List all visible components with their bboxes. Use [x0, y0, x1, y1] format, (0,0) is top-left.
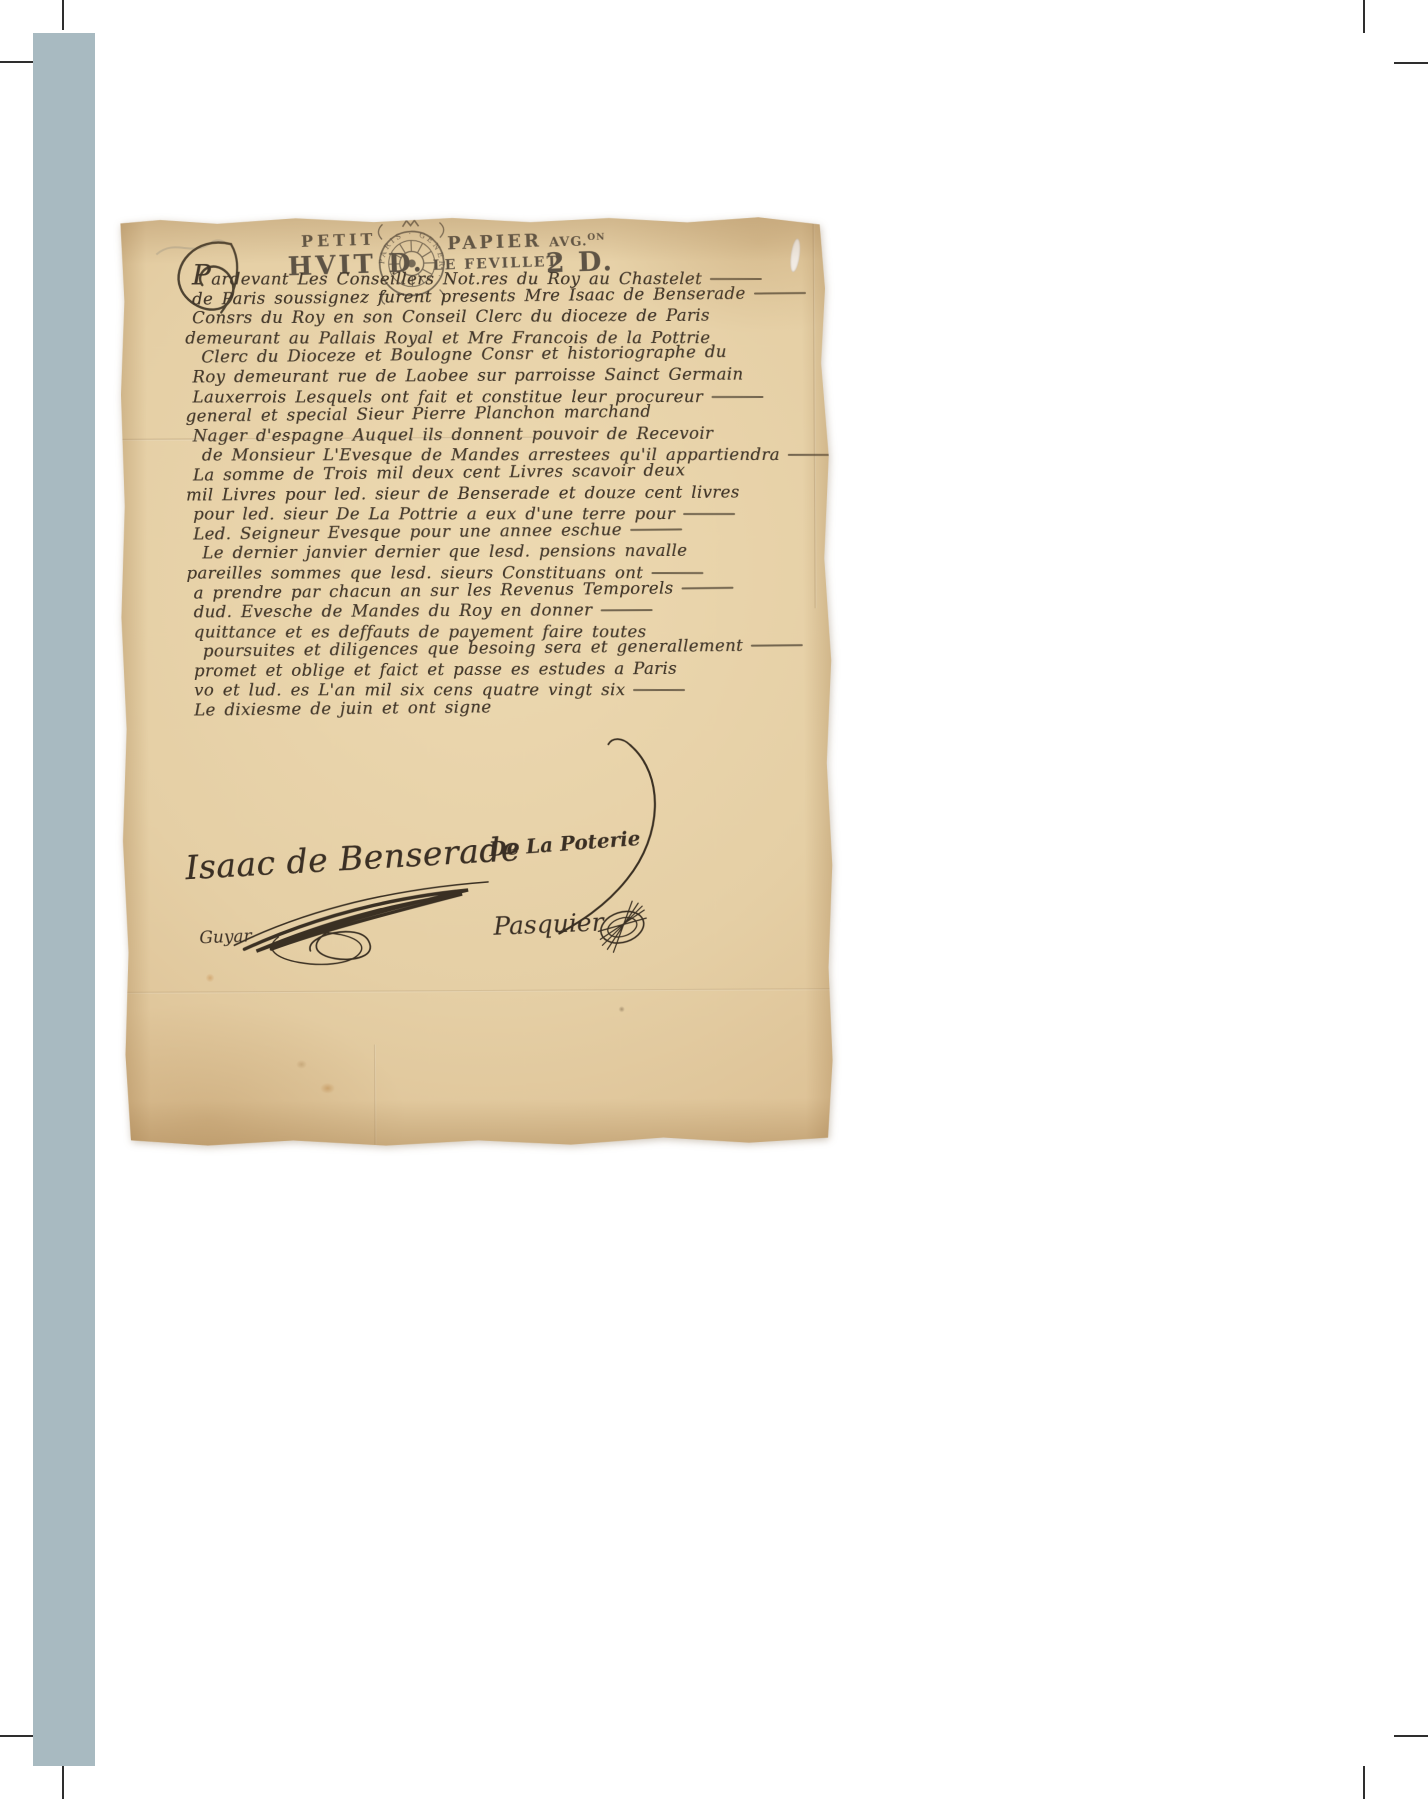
crop-mark-bottom-right-vertical: [1363, 1766, 1365, 1799]
signature-notary: Guyar: [199, 926, 252, 948]
paper-crease: [374, 1045, 377, 1145]
catalog-page: PETIT HVIT D.: [0, 0, 1428, 1799]
manuscript-line: dud. Evesche de Mandes du Roy en donner: [194, 599, 794, 622]
stamp-word-avg-sup: ON: [587, 232, 605, 243]
manuscript-line: Consrs du Roy en son Conseil Clerc du di…: [192, 306, 792, 329]
accent-bar: [33, 33, 95, 1766]
crop-mark-bottom-right-horizontal: [1394, 1735, 1428, 1737]
paper-stain: [206, 973, 215, 982]
manuscript-line: mil Livres pour led. sieur de Benserade …: [186, 482, 793, 505]
manuscript-line: promet et oblige et faict et passe es es…: [194, 658, 794, 681]
signature-pasquier: Pasquier: [493, 907, 604, 940]
paper-crease: [122, 988, 834, 994]
manuscript-paper: PETIT HVIT D.: [118, 214, 835, 1148]
crop-mark-top-left-horizontal: [0, 61, 34, 63]
crop-mark-top-left-vertical: [62, 0, 64, 30]
manuscript-line: Le dernier janvier dernier que lesd. pen…: [202, 541, 793, 564]
paper-stain: [619, 1006, 625, 1012]
crop-mark-bottom-left-vertical: [62, 1766, 64, 1799]
paper-stain: [296, 1060, 307, 1069]
manuscript-photo: PETIT HVIT D.: [118, 214, 835, 1148]
stamp-word-petit: PETIT: [301, 230, 377, 251]
crop-mark-bottom-left-horizontal: [0, 1735, 34, 1737]
manuscript-text: Pardevant Les Conseillers Not.res du Roy…: [192, 262, 794, 720]
paper-stain: [320, 1083, 335, 1094]
crop-mark-top-right-vertical: [1363, 0, 1365, 33]
manuscript-line: Nager d'espagne Auquel ils donnent pouvo…: [193, 423, 793, 446]
manuscript-line: Roy demeurant rue de Laobee sur parroiss…: [192, 364, 792, 387]
signature-benserade: Isaac de Benserade: [184, 829, 522, 887]
crop-mark-top-right-horizontal: [1394, 62, 1428, 64]
stamp-word-papier: PAPIER: [447, 230, 542, 254]
